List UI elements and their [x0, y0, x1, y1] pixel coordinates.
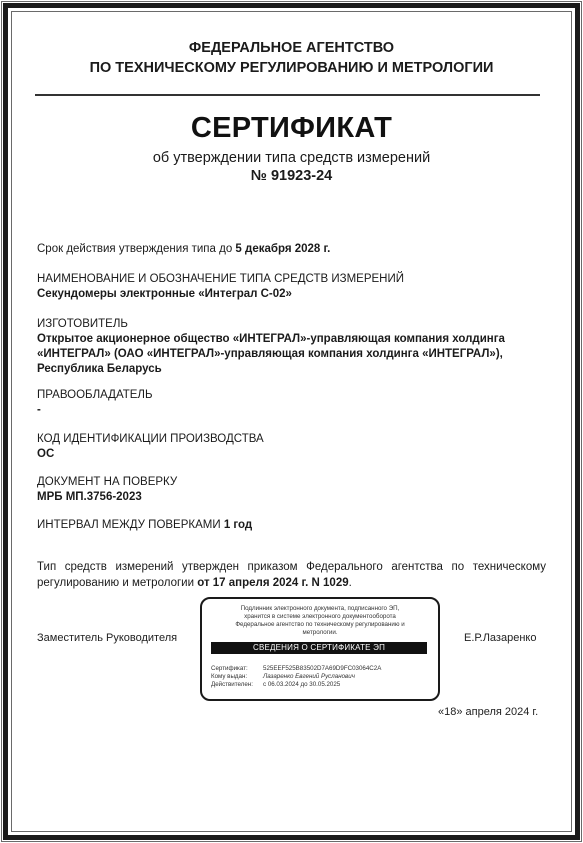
stamp-certificate-label: Сертификат: [211, 665, 263, 673]
document-title: СЕРТИФИКАТ [0, 112, 583, 145]
stamp-issued-value: Лазаренко Евгений Русланович [263, 673, 355, 680]
approval-end: . [349, 577, 352, 589]
manufacturer-line: Открытое акционерное общество «ИНТЕГРАЛ»… [37, 332, 505, 347]
interval-value: 1 год [224, 519, 252, 531]
verification-doc-value: МРБ МП.3756-2023 [37, 490, 142, 505]
validity-date: 5 декабря 2028 г. [235, 243, 330, 255]
stamp-valid-row: Действителен:с 06.03.2024 до 30.05.2025 [211, 681, 381, 689]
stamp-notice-line: хранится в системе электронного документ… [202, 613, 438, 621]
interval-line: ИНТЕРВАЛ МЕЖДУ ПОВЕРКАМИ 1 год [37, 518, 252, 533]
stamp-notice-line: Подлинник электронного документа, подпис… [202, 605, 438, 613]
stamp-details: Сертификат:525EEF525B83502D7A69D9FC03064… [211, 665, 381, 689]
manufacturer-line: «ИНТЕГРАЛ» (ОАО «ИНТЕГРАЛ»-управляющая к… [37, 347, 503, 362]
signatory-name: Е.Р.Лазаренко [464, 632, 536, 644]
approval-order: от 17 апреля 2024 г. N 1029 [197, 577, 348, 589]
signatory-position: Заместитель Руководителя [37, 632, 177, 644]
instrument-label: НАИМЕНОВАНИЕ И ОБОЗНАЧЕНИЕ ТИПА СРЕДСТВ … [37, 272, 404, 287]
manufacturer-label: ИЗГОТОВИТЕЛЬ [37, 317, 128, 332]
stamp-notice-line: Федеральное агентство по техническому ре… [202, 621, 438, 629]
stamp-valid-value: с 06.03.2024 до 30.05.2025 [263, 681, 340, 688]
manufacturer-line: Республика Беларусь [37, 362, 162, 377]
production-code-label: КОД ИДЕНТИФИКАЦИИ ПРОИЗВОДСТВА [37, 432, 264, 447]
verification-doc-label: ДОКУМЕНТ НА ПОВЕРКУ [37, 475, 177, 490]
signature-date: «18» апреля 2024 г. [438, 706, 538, 718]
stamp-certificate-value: 525EEF525B83502D7A69D9FC03064C2A [263, 665, 381, 672]
rights-holder-value: - [37, 403, 41, 418]
stamp-notice-line: метрологии. [202, 629, 438, 637]
validity-line: Срок действия утверждения типа до 5 дека… [37, 242, 330, 257]
instrument-value: Секундомеры электронные «Интеграл С-02» [37, 287, 292, 302]
stamp-issued-row: Кому выдан:Лазаренко Евгений Русланович [211, 673, 381, 681]
production-code-value: ОС [37, 447, 54, 462]
document-subtitle: об утверждении типа средств измерений [0, 150, 583, 166]
rights-holder-label: ПРАВООБЛАДАТЕЛЬ [37, 388, 153, 403]
agency-name-line1: ФЕДЕРАЛЬНОЕ АГЕНТСТВО [0, 38, 583, 58]
certificate-number: № 91923-24 [0, 168, 583, 184]
stamp-issued-label: Кому выдан: [211, 673, 263, 681]
stamp-valid-label: Действителен: [211, 681, 263, 689]
stamp-certificate-row: Сертификат:525EEF525B83502D7A69D9FC03064… [211, 665, 381, 673]
interval-label: ИНТЕРВАЛ МЕЖДУ ПОВЕРКАМИ [37, 519, 224, 531]
approval-paragraph: Тип средств измерений утвержден приказом… [37, 559, 546, 591]
agency-name-line2: ПО ТЕХНИЧЕСКОМУ РЕГУЛИРОВАНИЮ И МЕТРОЛОГ… [0, 58, 583, 78]
validity-label: Срок действия утверждения типа до [37, 243, 235, 255]
electronic-signature-stamp: Подлинник электронного документа, подпис… [200, 597, 440, 701]
stamp-title-bar: СВЕДЕНИЯ О СЕРТИФИКАТЕ ЭП [211, 642, 427, 654]
header-divider [35, 94, 540, 96]
stamp-notice: Подлинник электронного документа, подпис… [202, 605, 438, 637]
